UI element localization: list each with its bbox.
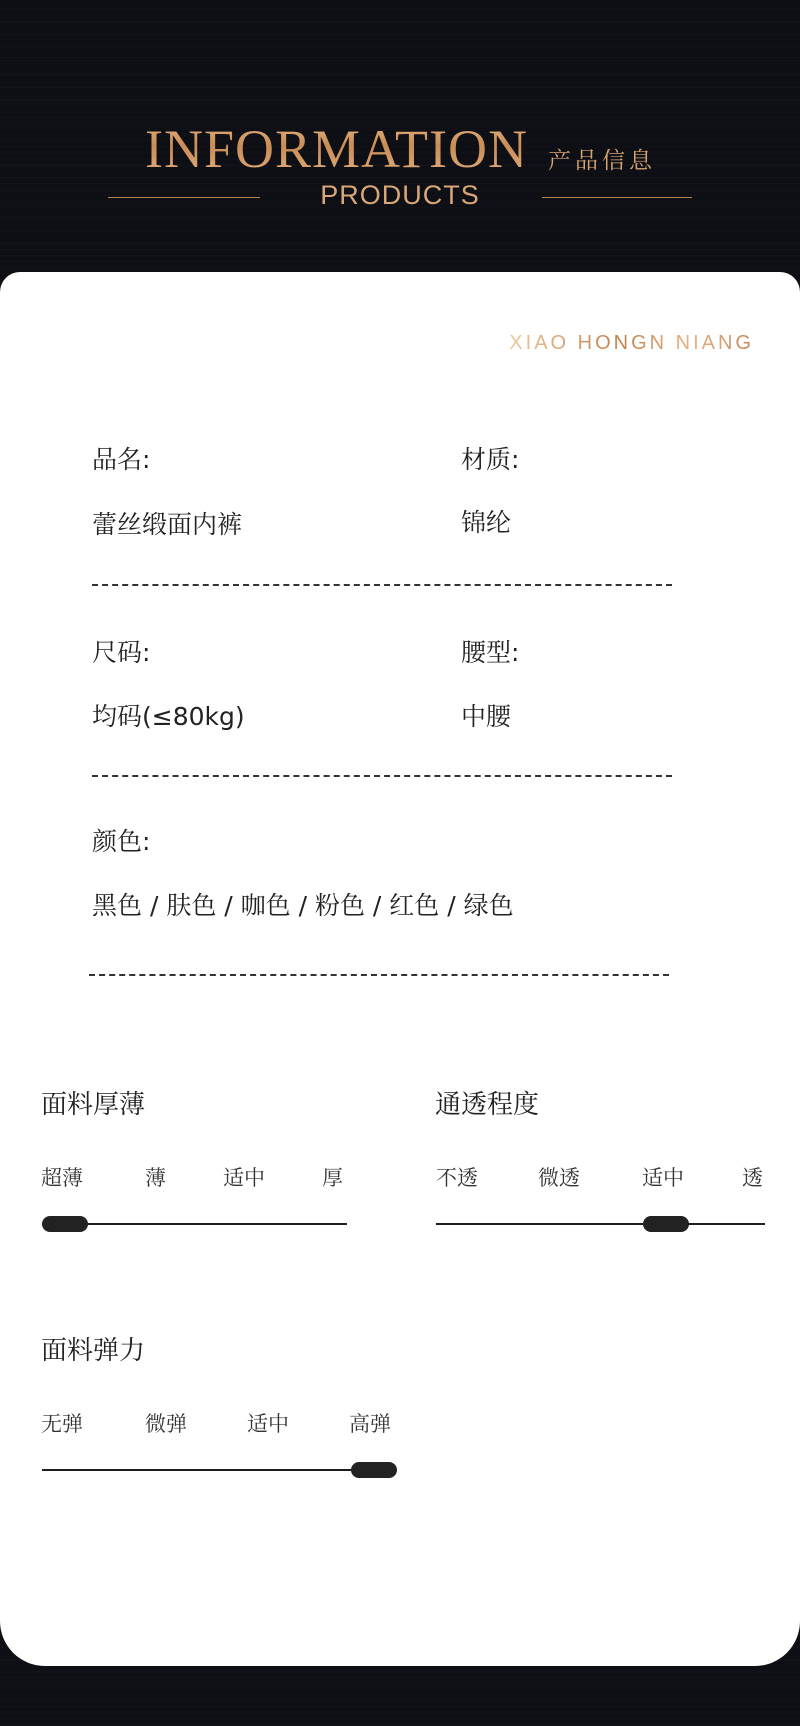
dashed-divider <box>92 584 672 586</box>
size-label: 尺码: <box>92 633 150 669</box>
thickness-option: 薄 <box>145 1162 166 1192</box>
header-banner: INFORMATION 产品信息 PRODUCTS <box>0 0 800 272</box>
brand-name: XIAO HONGN NIANG <box>509 332 754 355</box>
transparency-option: 透 <box>742 1162 763 1192</box>
thickness-option: 适中 <box>223 1162 265 1192</box>
color-label: 颜色: <box>92 822 150 858</box>
color-value: 黑色 / 肤色 / 咖色 / 粉色 / 红色 / 绿色 <box>92 886 514 922</box>
header-subtitle: PRODUCTS <box>0 180 800 211</box>
dashed-divider <box>92 775 672 777</box>
material-value: 锦纶 <box>461 503 511 539</box>
thickness-slider-thumb <box>42 1216 88 1232</box>
header-title: INFORMATION <box>145 118 528 180</box>
thickness-option: 厚 <box>322 1162 343 1192</box>
header-title-cn: 产品信息 <box>548 142 656 175</box>
elasticity-title: 面料弹力 <box>41 1330 145 1367</box>
elasticity-slider-track <box>42 1469 357 1471</box>
thickness-title: 面料厚薄 <box>41 1084 145 1121</box>
name-value: 蕾丝缎面内裤 <box>92 505 242 541</box>
header-divider-right <box>542 197 692 198</box>
thickness-option: 超薄 <box>41 1162 83 1192</box>
elasticity-option: 高弹 <box>349 1408 391 1438</box>
waist-value: 中腰 <box>461 697 511 733</box>
elasticity-slider-thumb <box>351 1462 397 1478</box>
size-value: 均码(≤80kg) <box>92 697 245 733</box>
transparency-slider-track <box>436 1223 765 1225</box>
product-info-card: XIAO HONGN NIANG 品名: 材质: 蕾丝缎面内裤 锦纶 尺码: 腰… <box>0 272 800 1666</box>
elasticity-option: 适中 <box>247 1408 289 1438</box>
elasticity-option: 微弹 <box>145 1408 187 1438</box>
transparency-slider-thumb <box>643 1216 689 1232</box>
dashed-divider <box>89 974 669 976</box>
material-label: 材质: <box>461 440 519 476</box>
transparency-option: 微透 <box>538 1162 580 1192</box>
transparency-title: 通透程度 <box>435 1084 539 1121</box>
elasticity-option: 无弹 <box>41 1408 83 1438</box>
transparency-option: 不透 <box>436 1162 478 1192</box>
transparency-option: 适中 <box>642 1162 684 1192</box>
waist-label: 腰型: <box>461 633 519 669</box>
name-label: 品名: <box>92 440 150 476</box>
